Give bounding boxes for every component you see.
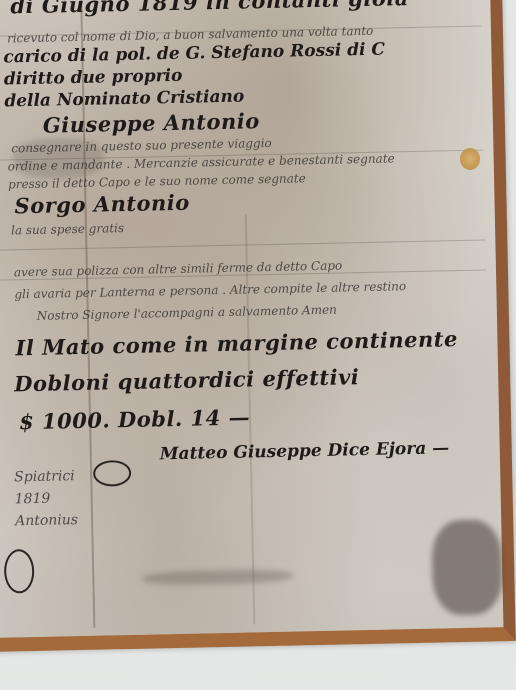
- doc-line-handwritten: Giuseppe Antonio: [43, 108, 260, 138]
- doc-line-printed: la sua spese gratis: [11, 221, 124, 237]
- margin-note: Spiatrici: [14, 468, 75, 485]
- doc-line-handwritten: Sorgo Antonio: [14, 190, 190, 219]
- doc-line-printed: gli avaria per Lanterna e persona . Altr…: [14, 279, 406, 301]
- doc-line-date: di Giugno 1819 in contanti gioia: [10, 0, 409, 18]
- ink-stain: [431, 519, 503, 615]
- wax-drop: [460, 148, 480, 170]
- ruled-line: [0, 239, 485, 250]
- notary-flourish-icon: [93, 460, 132, 487]
- ink-stain: [142, 569, 292, 586]
- margin-note: 1819: [15, 491, 51, 508]
- historic-document: di Giugno 1819 in contanti gioia ricevut…: [0, 0, 516, 652]
- doc-line-amount: $ 1000. Dobl. 14 —: [19, 404, 251, 434]
- signature: Matteo Giuseppe Dice Ejora —: [160, 438, 450, 464]
- doc-line-handwritten: diritto due proprio: [4, 66, 183, 90]
- doc-line-handwritten: Il Mato come in margine continente: [15, 326, 458, 360]
- doc-line-handwritten: della Nominato Cristiano: [4, 86, 244, 111]
- doc-line-printed: Nostro Signore l'accompagni a salvamento…: [37, 303, 337, 323]
- flourish-icon: [4, 549, 35, 594]
- doc-line-handwritten: Dobloni quattordici effettivi: [14, 364, 360, 396]
- margin-note: Antonius: [15, 512, 78, 529]
